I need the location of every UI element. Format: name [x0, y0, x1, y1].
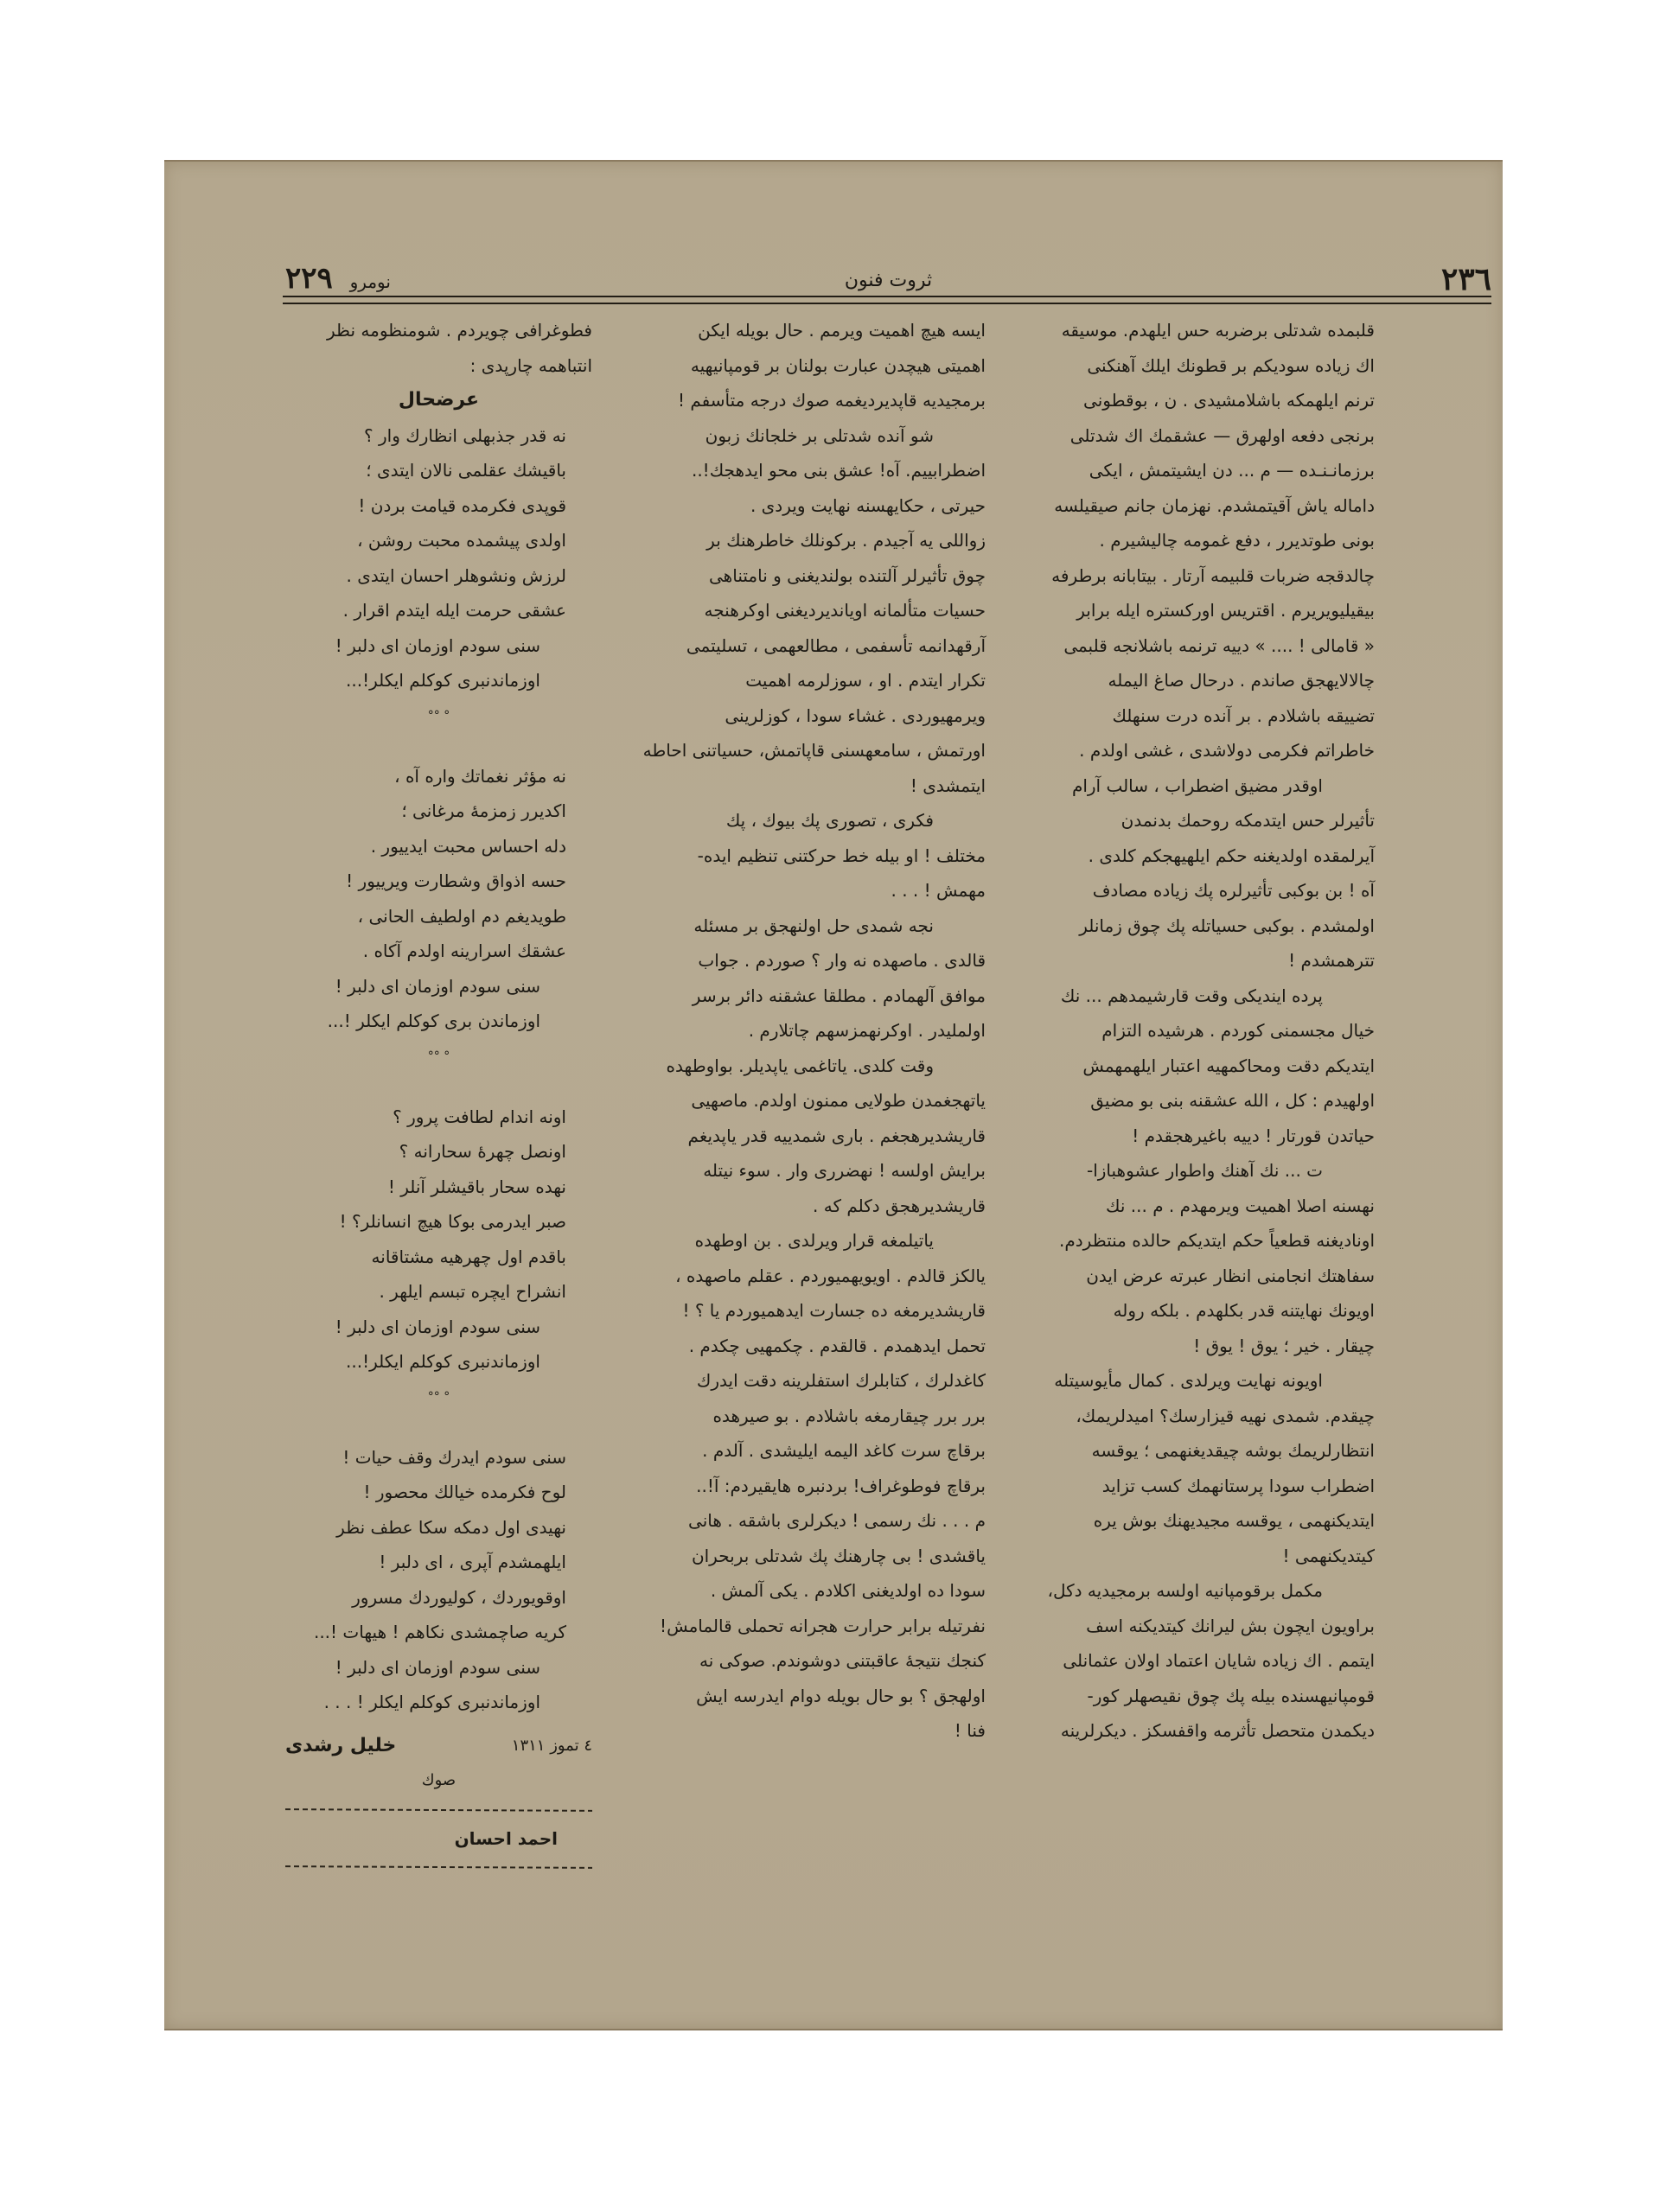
poem-line: اونه اندام لطافت پرور ؟ — [285, 1100, 592, 1135]
poem-line: لوح فکرمده خیالك محصور ! — [285, 1475, 592, 1510]
middle-column: ایسه هیچ اهمیت ویرمم . حال بویله ایکناهم… — [640, 313, 986, 1749]
text-line: پرده ایندیکی وقت قارشیمدهم ... نك — [1037, 979, 1375, 1014]
text-line: اونادیغنه قطعیاً حکم ایتدیکم حالده منتظر… — [1037, 1223, 1375, 1259]
text-line: خاطراتم فکرمی دولاشدی ، غشی اولدم . — [1037, 733, 1375, 768]
text-line: مختلف ! او بیله خط حرکتنی تنظیم ایده- — [640, 838, 986, 874]
text-line: برزمانـنـده — م ... دن ایشیتمش ، ایکی — [1037, 453, 1375, 488]
text-line: ت ... نك آهنك واطوار عشوهبازا- — [1037, 1153, 1375, 1189]
intro-line: انتباهمه چارپدی : — [285, 348, 592, 384]
text-line: « قامالی ! .... » دییه ترنمه باشلانجه قل… — [1037, 628, 1375, 664]
paragraph: قلبمده شدتلی برضربه حس ایلهدم. موسیقهاك … — [1037, 313, 1375, 768]
refrain-line: سنی سودم اوزمان ای دلبر ! — [285, 1650, 592, 1686]
poem-line: اوقویوردك ، کولیوردك مسرور — [285, 1580, 592, 1616]
header-double-rule — [283, 296, 1491, 304]
end-marker: صوك — [285, 1763, 592, 1799]
poem-line: عشقك اسرارینه اولدم آکاه . — [285, 934, 592, 969]
text-line: ایسه هیچ اهمیت ویرمم . حال بویله ایکن — [640, 313, 986, 348]
text-line: ایتدیکنهمی ، یوقسه مجیدیهنك بوش یره — [1037, 1503, 1375, 1539]
text-line: یالکز قالدم . اویویهمیوردم . عقلم ماصهده… — [640, 1259, 986, 1294]
text-line: سفاهتك انجامنی انظار عبرته عرض ایدن — [1037, 1259, 1375, 1294]
text-line: ایتمم . اك زیاده شایان اعتماد اولان عثما… — [1037, 1643, 1375, 1679]
paragraph: ایسه هیچ اهمیت ویرمم . حال بویله ایکناهم… — [640, 313, 986, 418]
text-line: آیرلمقده اولدیغنه حکم ایلهیهجکم کلدی . — [1037, 838, 1375, 874]
text-line: کاغدلرك ، کتابلرك استفلرینه دقت ایدرك — [640, 1363, 986, 1399]
text-line: برر برر چیقارمغه باشلادم . بو صیرهده — [640, 1399, 986, 1434]
text-line: ترنم ایلهمکه باشلامشیدی . ن ، بوقطونی — [1037, 383, 1375, 418]
refrain-line: سنی سودم اوزمان ای دلبر ! — [285, 1310, 592, 1345]
right-column: قلبمده شدتلی برضربه حس ایلهدم. موسیقهاك … — [1037, 313, 1375, 1749]
text-line: مهمش ! . . . — [640, 873, 986, 908]
text-line: اولهیدم : کل ، الله عشقنه بنی بو مضیق — [1037, 1083, 1375, 1119]
text-line: تکرار ایتدم . او ، سوزلرمه اهمیت — [640, 663, 986, 698]
text-line: اولهجق ؟ بو حال بویله دوام ایدرسه ایش — [640, 1679, 986, 1714]
text-line: برمجیدیه قاپدیردیغمه صوك درجه متأسفم ! — [640, 383, 986, 418]
text-line: یاتیلمغه قرار ویرلدی . بن اوطهده — [640, 1223, 986, 1259]
text-line: بیقیلیویریرم . اقتریس اورکستره ایله براب… — [1037, 593, 1375, 628]
text-line: ایتمشدی ! — [640, 768, 986, 804]
refrain-line: اوزماندنبری کوکلم ایکلر!... — [285, 1344, 592, 1380]
text-line: یاتهجغمدن طولایی ممنون اولدم. ماصهیی — [640, 1083, 986, 1119]
text-line: م . . . نك رسمی ! دیکرلری باشقه . هانی — [640, 1503, 986, 1539]
stanza-separator: ° °° — [285, 1380, 592, 1440]
paragraph: وقت کلدی. یاتاغمی یاپدیلر. بواوطهدهیاتهج… — [640, 1049, 986, 1224]
poem-line: باقیشك عقلمی نالان ایتدی ؛ — [285, 453, 592, 488]
text-line: زواللی یه آجیدم . برکونلك خاطرهنك بر — [640, 523, 986, 558]
text-line: قاریشدیرهجق دکلم که . — [640, 1189, 986, 1224]
text-line: برقاچ فوطوغراف! بردنبره هایقیردم: آ!.. — [640, 1469, 986, 1504]
text-line: آه ! بن بوکبی تأثیرلره پك زیاده مصادف — [1037, 873, 1375, 908]
text-line: چوق تأثیرلر آلتنده بولندیغنی و نامتناهی — [640, 558, 986, 594]
wavy-divider-top — [285, 1808, 592, 1812]
text-line: تحمل ایدهمدم . قالقدم . چکمهیی چکدم . — [640, 1329, 986, 1364]
text-line: حیاتدن قورتار ! دییه باغیرهجقدم ! — [1037, 1119, 1375, 1154]
refrain-line: اوزماندنبری کوکلم ایکلر!... — [285, 663, 592, 698]
text-line: فکری ، تصوری پك بیوك ، پك — [640, 803, 986, 838]
poem-title: عرضحال — [285, 383, 592, 418]
text-line: داماله یاش آقیتمشدم. نهزمان جانم صیقیلسه — [1037, 488, 1375, 524]
text-line: اهمیتی هیچدن عبارت بولنان بر قومپانیهیه — [640, 348, 986, 384]
poem-author: خلیل رشدی — [285, 1729, 396, 1764]
text-line: برقاچ سرت کاغد الیمه ایلیشدی . آلدم . — [640, 1433, 986, 1469]
poem-line: نه قدر جذبهلی انظارك وار ؟ — [285, 418, 592, 454]
text-line: نهسنه اصلا اهمیت ویرمهدم . م ... نك — [1037, 1189, 1375, 1224]
text-line: مکمل برقومپانیه اولسه برمجیدیه دکل، — [1037, 1573, 1375, 1609]
refrain-line: اوزماندن بری کوکلم ایکلر !... — [285, 1004, 592, 1039]
text-line: دیکمدن متحصل تأثرمه واقفسکز . دیکرلرینه — [1037, 1713, 1375, 1749]
text-line: چالالایهجق صاندم . درحال صاغ الیمله — [1037, 663, 1375, 698]
text-line: براویون ایچون بش لیرانك کیتدیکنه اسف — [1037, 1609, 1375, 1644]
journal-title: ثروت فنون — [845, 270, 932, 291]
article-author: احمد احسان — [285, 1821, 592, 1857]
text-line: شو آنده شدتلی بر خلجانك زبون — [640, 418, 986, 454]
refrain-line: سنی سودم اوزمان ای دلبر ! — [285, 628, 592, 664]
refrain-line: سنی سودم اوزمان ای دلبر ! — [285, 969, 592, 1004]
text-line: اولملیدر . اوکرنهمزسهم چاتلارم . — [640, 1013, 986, 1049]
page-header: ٢٣٦ ثروت فنون نومرو ٢٢٩ — [285, 261, 1491, 296]
paragraph: مکمل برقومپانیه اولسه برمجیدیه دکل،براوی… — [1037, 1573, 1375, 1749]
text-line: کیتدیکنهمی ! — [1037, 1539, 1375, 1574]
wavy-divider-bottom — [285, 1865, 592, 1869]
text-line: چیقار . خیر ؛ یوق ! یوق ! — [1037, 1329, 1375, 1364]
poem-line: ایلهمشدم آپری ، ای دلبر ! — [285, 1545, 592, 1580]
poem-line: لرزش ونشوهلر احسان ایتدی . — [285, 558, 592, 594]
text-line: حیرتی ، حکایهسنه نهایت ویردی . — [640, 488, 986, 524]
text-line: حسیات متألمانه اویاندیردیغنی اوکرهنجه — [640, 593, 986, 628]
text-line: اویونه نهایت ویرلدی . کمال مأیوسیتله — [1037, 1363, 1375, 1399]
text-line: سودا ده اولدیغنی اکلادم . یکی آلمش . — [640, 1573, 986, 1609]
poem-line: صبر ایدرمی بوکا هیچ انسانلر؟ ! — [285, 1204, 592, 1240]
text-line: اوقدر مضیق اضطراب ، سالب آرام — [1037, 768, 1375, 804]
text-line: فنا ! — [640, 1713, 986, 1749]
refrain-line: اوزماندنبری کوکلم ایکلر ! . . . — [285, 1685, 592, 1720]
text-line: اولمشدم . بوکبی حسیاتله پك چوق زمانلر — [1037, 908, 1375, 944]
poem-line: اکدیرر زمزمهٔ مرغانی ؛ — [285, 794, 592, 829]
text-line: قاریشدیرمغه ده جسارت ایدهمیوردم یا ؟ ! — [640, 1293, 986, 1329]
text-line: نفرتیله برابر حرارت هجرانه تحملی قالمامش… — [640, 1609, 986, 1644]
page-number: ٢٣٦ — [1441, 261, 1491, 297]
poem-line: اونصل چهرهٔ سحارانه ؟ — [285, 1134, 592, 1170]
issue-value: ٢٢٩ — [285, 261, 333, 296]
poem-line: سنی سودم ایدرك وقف حیات ! — [285, 1440, 592, 1476]
poem-signature: ٤ تموز ١٣١١ خلیل رشدی — [285, 1729, 592, 1764]
intro-line: فطوغرافی چویردم . شومنظومه نظر — [285, 313, 592, 348]
text-line: چالدقجه ضربات قلبیمه آرتار . بیتابانه بر… — [1037, 558, 1375, 594]
text-line: خیال مجسمنی کوردم . هرشیده التزام — [1037, 1013, 1375, 1049]
text-line: اك زیاده سودیکم بر قطونك ایلك آهنکنی — [1037, 348, 1375, 384]
text-line: قالدی . ماصهده نه وار ؟ صوردم . جواب — [640, 943, 986, 979]
issue-label: نومرو — [350, 271, 391, 292]
poem-line: انشراح ایچره تبسم ایلهر . — [285, 1274, 592, 1310]
poem-date: ٤ تموز ١٣١١ — [512, 1729, 592, 1764]
poem-line: اولدی پیشمده محبت روشن ، — [285, 523, 592, 558]
text-line: برایش اولسه ! نهضرری وار . سوء نیتله — [640, 1153, 986, 1189]
text-line: ویرمهیوردی . غشاء سودا ، کوزلرینی — [640, 698, 986, 734]
text-line: نجه شمدی حل اولنهجق بر مسئله — [640, 908, 986, 944]
poem-line: نهده سحار باقیشلر آنلر ! — [285, 1170, 592, 1205]
poem-body: نه قدر جذبهلی انظارك وار ؟باقیشك عقلمی ن… — [285, 418, 592, 1720]
paragraph: یاتیلمغه قرار ویرلدی . بن اوطهدهیالکز قا… — [640, 1223, 986, 1749]
text-line: قلبمده شدتلی برضربه حس ایلهدم. موسیقه — [1037, 313, 1375, 348]
poem-line: کریه صاچمشدی نکاهم ! هیهات !... — [285, 1615, 592, 1650]
paragraph: اویونه نهایت ویرلدی . کمال مأیوسیتلهچیقد… — [1037, 1363, 1375, 1573]
poem-line: باقدم اول چهرهیه مشتاقانه — [285, 1240, 592, 1275]
text-line: آرقهدانمه تأسفمی ، مطالعهمی ، تسلیتمی — [640, 628, 986, 664]
text-line: قومپانیهسنده بیله پك چوق نقیصهلر کور- — [1037, 1679, 1375, 1714]
text-line: بونی طوتدیرر ، دفع غمومه چالیشیرم . — [1037, 523, 1375, 558]
stanza-separator: ° °° — [285, 698, 592, 759]
poem-line: عشقی حرمت ایله ایتدم اقرار . — [285, 593, 592, 628]
text-line: اضطراب سودا پرستانهمك کسب تزاید — [1037, 1469, 1375, 1504]
text-line: برنجی دفعه اولهرق — عشقمك اك شدتلی — [1037, 418, 1375, 454]
paragraph: فکری ، تصوری پك بیوك ، پكمختلف ! او بیله… — [640, 803, 986, 908]
text-line: موافق آلهمادم . مطلقا عشقنه دائر برسر — [640, 979, 986, 1014]
text-line: تترهمشدم ! — [1037, 943, 1375, 979]
paragraph: شو آنده شدتلی بر خلجانك زبوناضطرابییم. آ… — [640, 418, 986, 804]
paragraph: پرده ایندیکی وقت قارشیمدهم ... نكخیال مج… — [1037, 979, 1375, 1154]
text-line: یاقشدی ! بی چارهنك پك شدتلی بربحران — [640, 1539, 986, 1574]
text-line: اورتمش ، سامعهسنی قاپاتمش، حسیاتنی احاطه — [640, 733, 986, 768]
paragraph: نجه شمدی حل اولنهجق بر مسئلهقالدی . ماصه… — [640, 908, 986, 1049]
paragraph: اوقدر مضیق اضطراب ، سالب آرامتأثیرلر حس … — [1037, 768, 1375, 979]
text-line: انتظارلریمك بوشه چیقدیغنهمی ؛ یوقسه — [1037, 1433, 1375, 1469]
issue-number: نومرو ٢٢٩ — [285, 261, 391, 296]
text-line: قاریشدیرهجغم . باری شمدییه قدر یاپدیغم — [640, 1119, 986, 1154]
text-line: اویونك نهایتنه قدر بکلهدم . بلکه روله — [1037, 1293, 1375, 1329]
stanza-separator: ° °° — [285, 1039, 592, 1100]
poem-line: طویدیغم دم اولطیف الحانی ، — [285, 899, 592, 934]
poem-line: دله احساس محبت ایدییور . — [285, 829, 592, 864]
paragraph: ت ... نك آهنك واطوار عشوهبازا-نهسنه اصلا… — [1037, 1153, 1375, 1363]
text-line: تأثیرلر حس ایتدمکه روحمك بدنمدن — [1037, 803, 1375, 838]
text-line: وقت کلدی. یاتاغمی یاپدیلر. بواوطهده — [640, 1049, 986, 1084]
text-line: اضطرابییم. آه! عشق بنی محو ایدهجك!.. — [640, 453, 986, 488]
poem-line: قوپدی فکرمده قیامت بردن ! — [285, 488, 592, 524]
newspaper-page: ٢٣٦ ثروت فنون نومرو ٢٢٩ قلبمده شدتلی برض… — [164, 160, 1503, 2030]
poem-line: نه مؤثر نغماتك واره آه ، — [285, 759, 592, 794]
text-line: کنجك نتیجهٔ عاقبتنی دوشوندم. صوکی نه — [640, 1643, 986, 1679]
text-line: تضییقه باشلادم . بر آنده درت سنهلك — [1037, 698, 1375, 734]
text-line: ایتدیکم دقت ومحاکمهیه اعتبار ایلهمهمش — [1037, 1049, 1375, 1084]
poem-line: حسه اذواق وشطارت ویرییور ! — [285, 864, 592, 899]
text-line: چیقدم. شمدی نهیه قیزارسك؟ امیدلریمك، — [1037, 1399, 1375, 1434]
poem-line: نهیدی اول دمکه سکا عطف نظر — [285, 1510, 592, 1546]
left-column: فطوغرافی چویردم . شومنظومه نظر انتباهمه … — [285, 313, 592, 1878]
